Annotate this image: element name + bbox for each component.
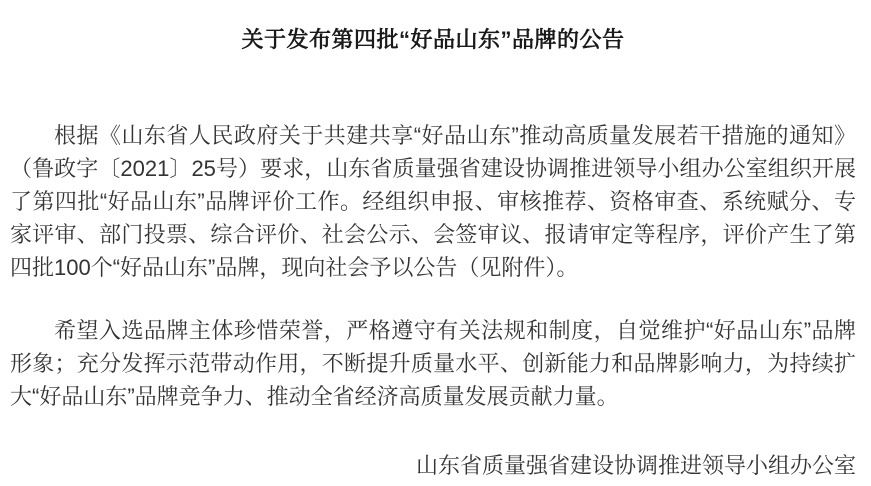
issuer-signature: 山东省质量强省建设协调推进领导小组办公室: [10, 449, 856, 482]
announcement-title: 关于发布第四批“好品山东”品牌的公告: [10, 27, 856, 52]
announcement-paragraph-2: 希望入选品牌主体珍惜荣誉，严格遵守有关法规和制度，自觉维护“好品山东”品牌形象；…: [10, 314, 856, 413]
announcement-document: 关于发布第四批“好品山东”品牌的公告 根据《山东省人民政府关于共建共享“好品山东…: [0, 0, 871, 486]
announcement-body: 根据《山东省人民政府关于共建共享“好品山东”推动高质量发展若干措施的通知》（鲁政…: [10, 119, 856, 413]
announcement-paragraph-1: 根据《山东省人民政府关于共建共享“好品山东”推动高质量发展若干措施的通知》（鲁政…: [10, 119, 856, 284]
